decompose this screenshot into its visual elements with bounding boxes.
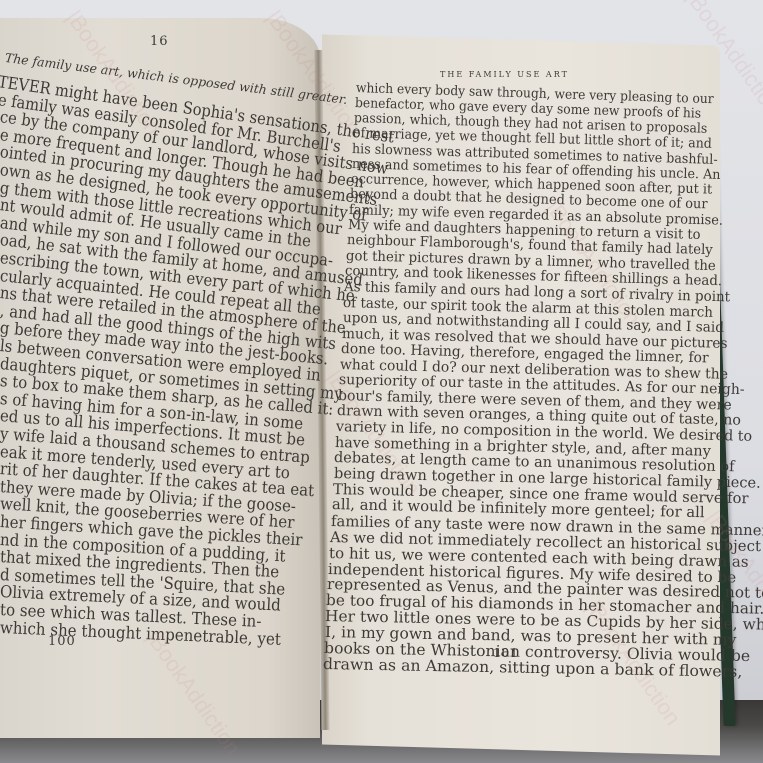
page-number-left: 100 <box>48 634 76 649</box>
running-head-right: THE FAMILY USE ART <box>440 70 569 79</box>
page-number-right: 101 <box>493 646 519 660</box>
top-folio: 16 <box>150 34 169 49</box>
